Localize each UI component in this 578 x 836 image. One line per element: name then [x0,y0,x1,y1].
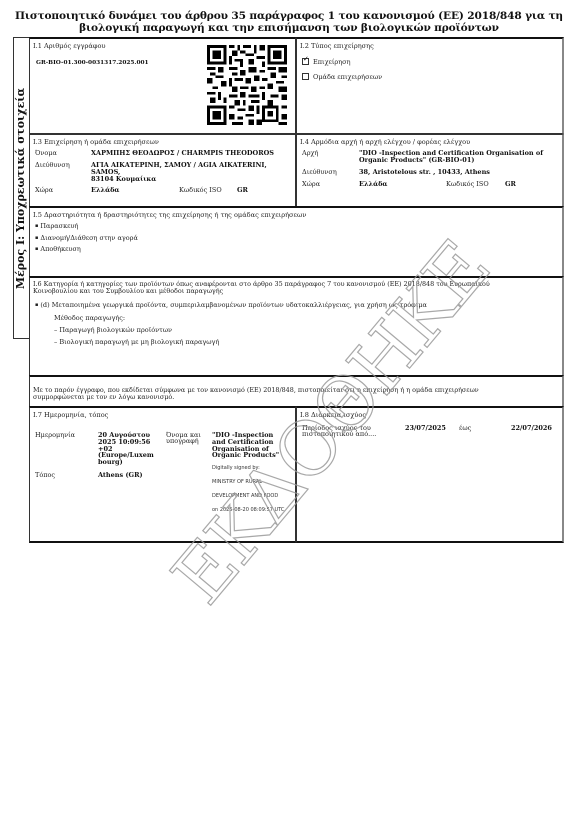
authority-country-label: Χώρα [302,181,320,188]
section-i4-label: I.4 Αρμόδια αρχή ή αρχή ελέγχου / φορέας… [300,138,470,146]
section-i3: I.3 Επιχείρηση ή ομάδα επιχειρήσεων Όνομ… [29,134,296,207]
authority-address: 38, Aristotelous str. , 10433, Athens [359,169,490,176]
authority-iso-label: Κωδικός ISO [446,181,489,188]
category-list: (d) Μεταποιημένα γεωργικά προϊόντα, συμπ… [35,300,427,312]
checkbox-group[interactable] [302,73,309,80]
authority-label: Αρχή [302,150,318,157]
section-i6: I.6 Κατηγορία ή κατηγορίες των προϊόντων… [29,276,564,376]
section-i8: I.8 Διάρκεια ισχύος Περίοδος ισχύος του … [296,406,564,543]
date-value: 20 Αυγούστου 2025 10:09:56 +02 (Europe/L… [98,432,154,466]
digital-signature-line: DEVELOPMENT AND FOOD [212,493,278,499]
production-method-item: – Βιολογική παραγωγή με μη βιολογική παρ… [54,339,219,346]
document-title: Πιστοποιητικό δυνάμει του άρθρου 35 παρά… [8,10,570,34]
activity-item: Αποθήκευση [35,244,138,256]
digital-signature-line: Digitally signed by: [212,465,260,471]
production-method-label: Μέθοδος παραγωγής: [54,315,125,322]
digital-signature-line: MINISTRY OF RURAL [212,479,262,485]
section-i6-label: I.6 Κατηγορία ή κατηγορίες των προϊόντων… [33,281,490,294]
section-i3-label: I.3 Επιχείρηση ή ομάδα επιχειρήσεων [33,138,159,146]
section-i5-label: I.5 Δραστηριότητα ή δραστηριότητες της ε… [33,211,306,219]
operator-country: Ελλάδα [91,187,119,194]
operator-address: ΑΓΙΑ ΑΙΚΑΤΕΡΙΝΗ, ΣΑΜΟΥ / AGIA AIKATERINI… [91,162,267,184]
section-i7-label: I.7 Ημερομηνία, τόπος [33,411,108,419]
option-group[interactable]: Ομάδα επιχειρήσεων [302,73,382,81]
operator-name: ΧΑΡΜΠΗΣ ΘΕΟΔΩΡΟΣ / CHARMPIS THEODOROS [91,150,274,157]
operator-address-label: Διεύθυνση [35,162,70,169]
operator-country-label: Χώρα [35,187,53,194]
option-business[interactable]: Επιχείρηση [302,58,350,66]
authority-address-label: Διεύθυνση [302,169,337,176]
authority-iso: GR [505,181,516,188]
compliance-statement: Με το παρόν έγγραφο, που εκδίδεται σύμφω… [29,375,564,407]
section-i4: I.4 Αρμόδια αρχή ή αρχή ελέγχου / φορέας… [296,134,564,207]
qr-code-icon [207,45,287,125]
checkbox-business[interactable] [302,58,309,65]
part-label-text: Μέρος Ι: Υποχρεωτικά στοιχεία [15,87,28,288]
part-label: Μέρος Ι: Υποχρεωτικά στοιχεία [13,37,29,339]
authority-country: Ελλάδα [359,181,387,188]
digital-signature-line: on 2025-08-20 08:09:57 UTC [212,507,284,513]
section-i2-label: I.2 Τύπος επιχείρησης [300,42,374,50]
section-i2: I.2 Τύπος επιχείρησης Επιχείρηση Ομάδα ε… [296,37,564,134]
valid-to: 22/07/2026 [511,425,552,432]
signature-label: Όνομα και υπογραφή [166,432,201,445]
activity-list: Παρασκευή Διανομή/Διάθεση στην αγορά Απο… [35,221,138,256]
place-value: Athens (GR) [98,472,143,479]
valid-to-label: έως [459,425,471,432]
place-label: Τόπος [35,472,55,479]
operator-iso: GR [237,187,248,194]
activity-item: Παρασκευή [35,221,138,233]
section-i7: I.7 Ημερομηνία, τόπος Ημερομηνία 20 Αυγο… [29,406,296,543]
section-i8-label: I.8 Διάρκεια ισχύος [300,411,366,419]
category-item: (d) Μεταποιημένα γεωργικά προϊόντα, συμπ… [35,300,427,312]
operator-iso-label: Κωδικός ISO [179,187,222,194]
date-label: Ημερομηνία [35,432,75,439]
valid-from: 23/07/2025 [405,425,446,432]
section-i5: I.5 Δραστηριότητα ή δραστηριότητες της ε… [29,206,564,277]
document-number: GR-BIO-01.300-0031317.2025.001 [36,60,149,67]
signer-name: "DIO -Inspection and Certification Organ… [212,432,279,459]
activity-item: Διανομή/Διάθεση στην αγορά [35,233,138,245]
option-business-label: Επιχείρηση [313,58,350,66]
section-i1-label: I.1 Αριθμός εγγράφου [33,42,105,50]
statement-line: συμμορφώνεται με τον εν λόγω κανονισμό. [33,394,479,401]
validity-period-label: Περίοδος ισχύος του πιστοποιητικού από..… [302,425,376,438]
production-method-item: – Παραγωγή βιολογικών προϊόντων [54,327,172,334]
option-group-label: Ομάδα επιχειρήσεων [313,73,382,81]
authority-name: "DIO -Inspection and Certification Organ… [359,150,543,164]
operator-name-label: Όνομα [35,150,57,157]
